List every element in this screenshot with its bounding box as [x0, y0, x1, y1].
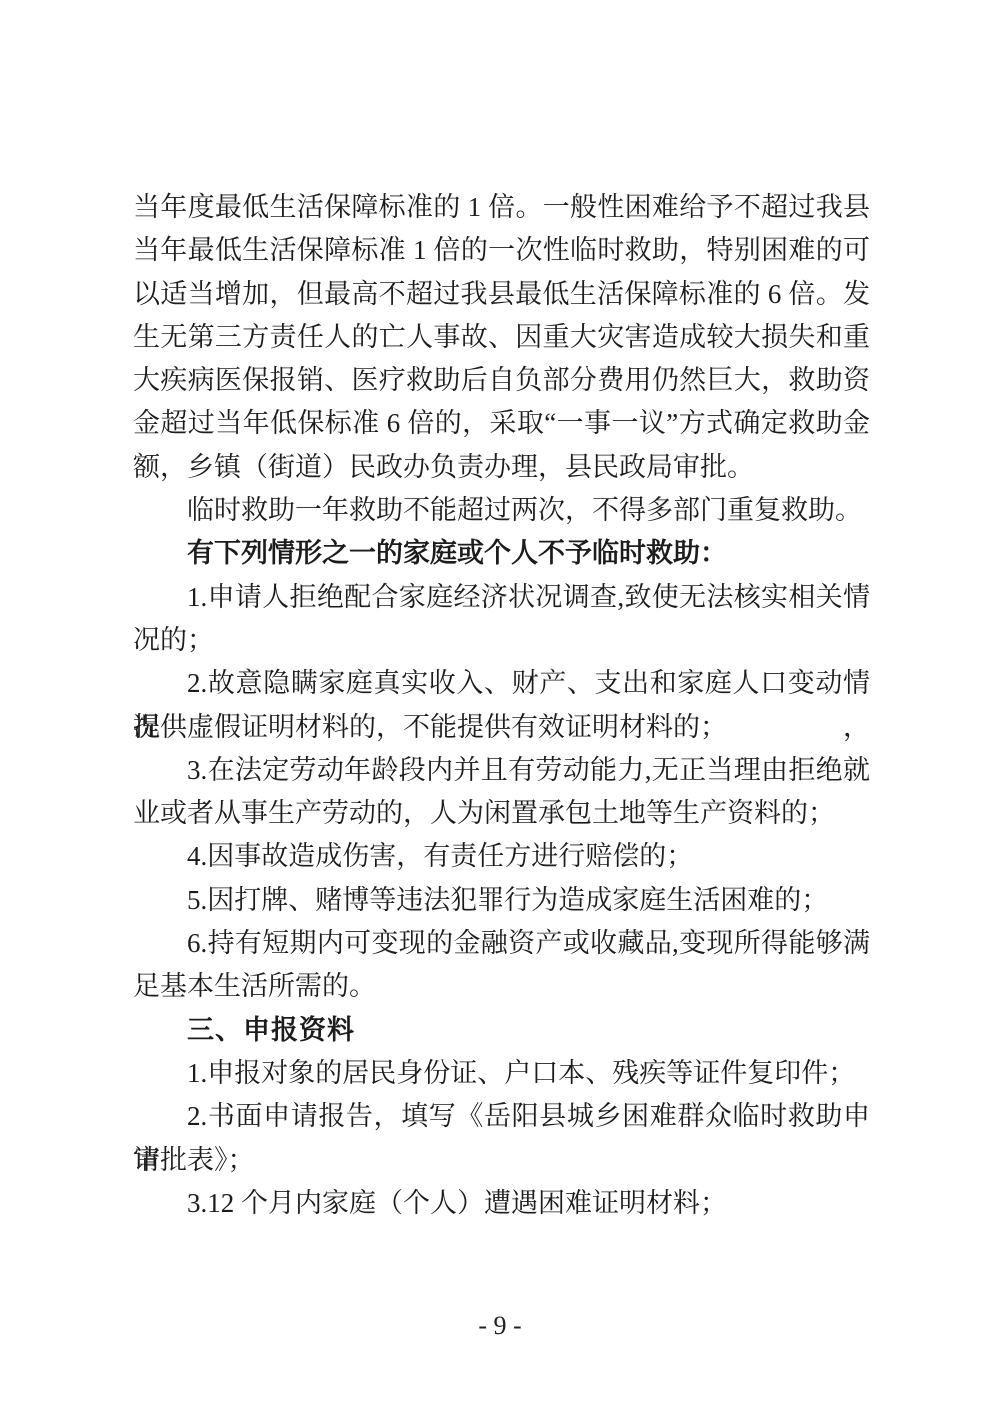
heading-section-3-application-materials: 三、申报资料 — [133, 1009, 870, 1052]
list-item-1-line-1: 1.申请人拒绝配合家庭经济状况调查,致使无法核实相关情 — [133, 576, 870, 619]
list-item-1-line-2: 况的； — [133, 619, 870, 662]
page-number: - 9 - — [0, 1308, 1000, 1344]
text-line-4: 生无第三方责任人的亡人事故、因重大灾害造成较大损失和重 — [133, 316, 870, 359]
list-item-4: 4.因事故造成伤害，有责任方进行赔偿的； — [133, 835, 870, 878]
text-line-7: 额，乡镇（街道）民政办负责办理，县民政局审批。 — [133, 446, 870, 489]
materials-item-1: 1.申报对象的居民身份证、户口本、残疾等证件复印件； — [133, 1052, 870, 1095]
list-item-5: 5.因打牌、赌博等违法犯罪行为造成家庭生活困难的； — [133, 879, 870, 922]
heading-exclusion-rules: 有下列情形之一的家庭或个人不予临时救助： — [133, 532, 870, 575]
materials-item-2-line-1: 2.书面申请报告，填写《岳阳县城乡困难群众临时救助申请 — [133, 1095, 870, 1138]
list-item-6-line-1: 6.持有短期内可变现的金融资产或收藏品,变现所得能够满 — [133, 922, 870, 965]
list-item-3-line-1: 3.在法定劳动年龄段内并且有劳动能力,无正当理由拒绝就 — [133, 749, 870, 792]
text-line-3: 以适当增加，但最高不超过我县最低生活保障标准的 6 倍。发 — [133, 273, 870, 316]
materials-item-3: 3.12 个月内家庭（个人）遭遇困难证明材料； — [133, 1182, 870, 1225]
list-item-3-line-2: 业或者从事生产劳动的，人为闲置承包土地等生产资料的； — [133, 792, 870, 835]
text-line-8: 临时救助一年救助不能超过两次，不得多部门重复救助。 — [133, 489, 870, 532]
text-line-6: 金超过当年低保标准 6 倍的，采取“一事一议”方式确定救助金 — [133, 402, 870, 445]
list-item-6-line-2: 足基本生活所需的。 — [133, 965, 870, 1008]
document-page: 当年度最低生活保障标准的 1 倍。一般性困难给予不超过我县 当年最低生活保障标准… — [0, 0, 1000, 1414]
text-line-1: 当年度最低生活保障标准的 1 倍。一般性困难给予不超过我县 — [133, 186, 870, 229]
materials-item-2-line-2: 审批表》； — [133, 1139, 870, 1182]
text-line-5: 大疾病医保报销、医疗救助后自负部分费用仍然巨大，救助资 — [133, 359, 870, 402]
list-item-2-line-1: 2.故意隐瞒家庭真实收入、财产、支出和家庭人口变动情况， — [133, 662, 870, 705]
text-line-2: 当年最低生活保障标准 1 倍的一次性临时救助，特别困难的可 — [133, 229, 870, 272]
document-body: 当年度最低生活保障标准的 1 倍。一般性困难给予不超过我县 当年最低生活保障标准… — [133, 186, 870, 1225]
